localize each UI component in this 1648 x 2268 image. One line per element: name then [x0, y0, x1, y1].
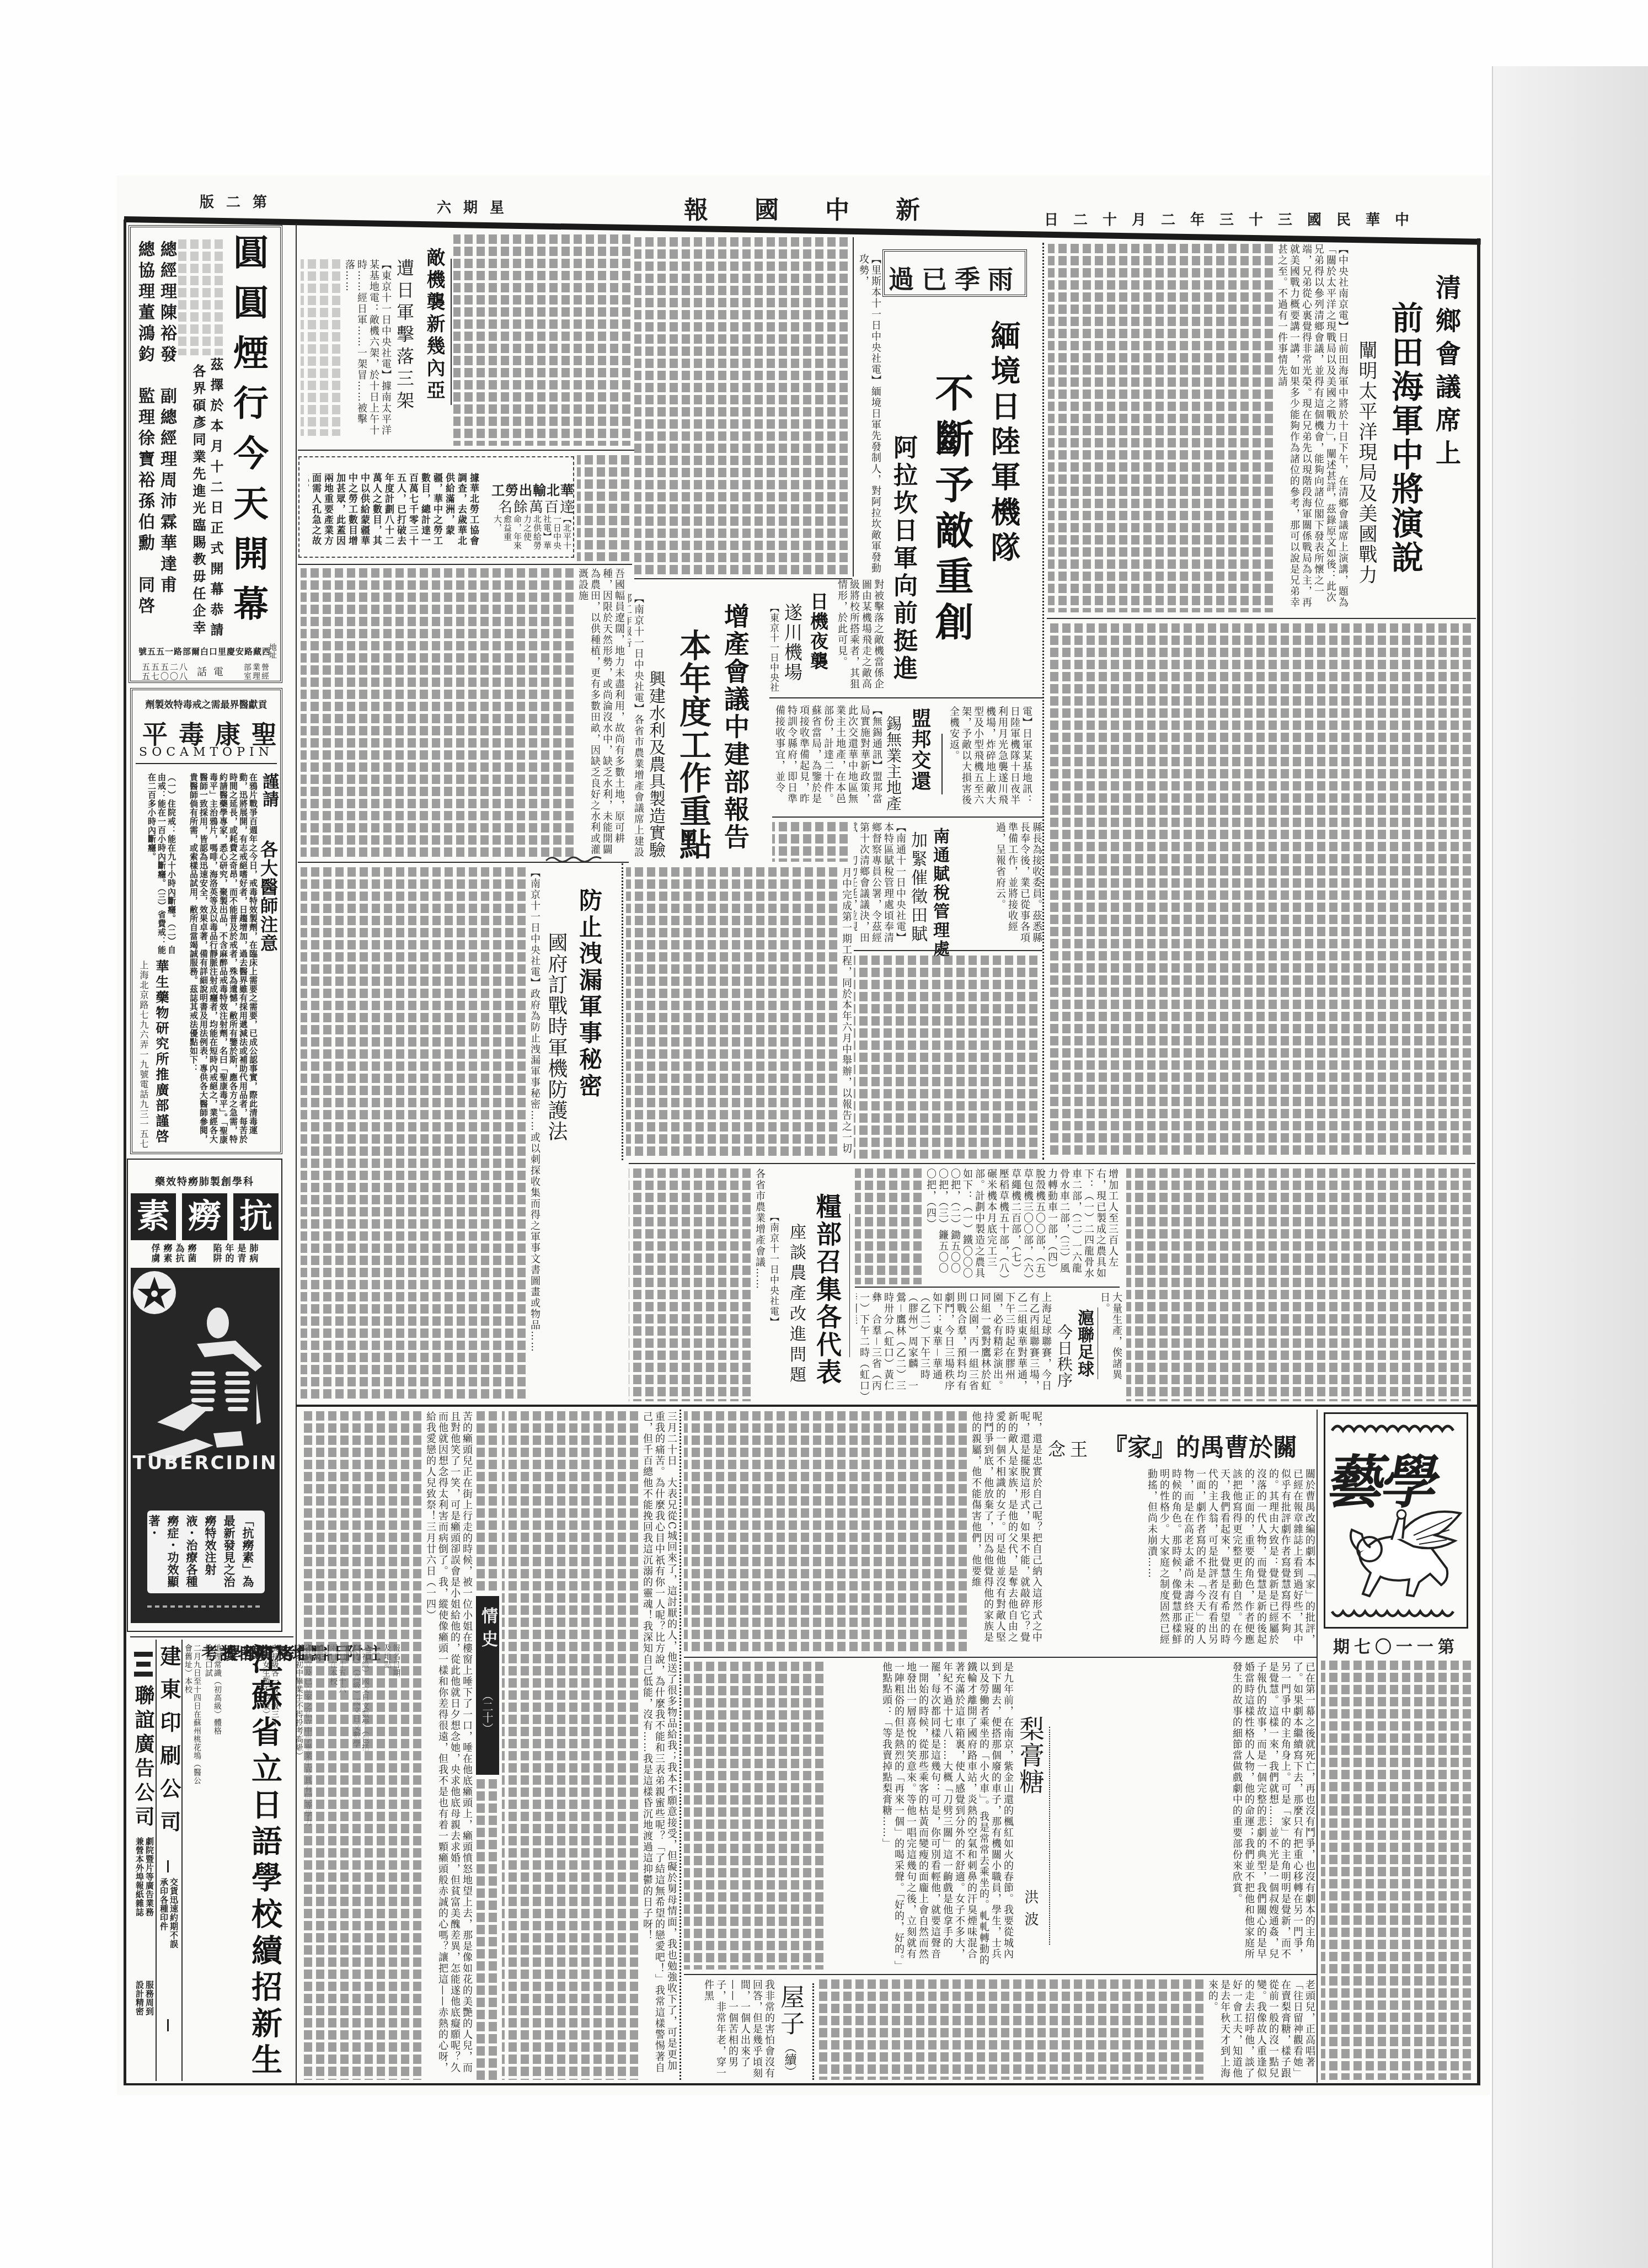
article-body: 【中央社南京電】日前田海軍中將於十日下午，在清鄉會議席上演講，題為「關於太平洋之…	[1048, 244, 1349, 612]
supplement-logo: 學藝	[1324, 1412, 1468, 1629]
printing-company-name: 建東印刷公司	[158, 1645, 179, 1844]
article-body-text: 【南通十一日中央社電】本特區賦稅管理處頃奉清鄉督察專員公署，令茲經第十次清鄉會議…	[854, 822, 906, 946]
essay-body-right	[1321, 1661, 1474, 2080]
article-headline: 增產會議中建部報告	[723, 603, 748, 851]
weekday: 星期六	[437, 196, 516, 217]
service-line-2: 劇院暨片等廣告業務	[145, 1837, 154, 1959]
decorative-squiggle	[545, 854, 602, 864]
story-body-continued	[684, 1662, 826, 1970]
article-kicker: 清鄉會議席上	[1434, 274, 1459, 473]
patient-xray-illustration	[131, 1301, 280, 1466]
essay-body-left: 呢，還是忠實於自己呢？把自己納入這形式之中呢，還是擺脫這形式，如果不能，就敲碎它…	[684, 1411, 1042, 1652]
article-headline: 盟邦交還	[910, 708, 930, 792]
column-divider	[1098, 1308, 1098, 1379]
ad-divider	[130, 1636, 293, 1637]
article-body: 據華北勞工協會調查，去歲華北供給滿洲，蒙疆，華中之勞工數目，總計達一百萬七千零三…	[308, 473, 479, 556]
article-subhead: 興建水利及農具製造實驗	[647, 670, 664, 858]
serial-body-left: 苦的癩頭兒正在街上行走的時候，被一位小姐在樓窗上唾下了一口，唾在他底癩頭上，癩頭…	[301, 1411, 473, 2080]
article-body-text: 電】日軍某基地訊：日陸軍機隊十日夜半利用月光急襲遂川飛機場，炸碎地上敵大型及小型…	[950, 706, 1032, 812]
illegible-text	[854, 956, 1037, 1159]
illegible-text	[855, 1168, 922, 1284]
dash	[167, 1860, 169, 1872]
article-body-text: 【東京十一日中央社電】據南太平洋某基地電：敵機六架，於十日上午十時……經日軍………	[343, 259, 392, 436]
serial-title: 情史	[479, 1607, 496, 1653]
column-divider	[1049, 1727, 1050, 1945]
supplement-name: 學藝	[1324, 1436, 1447, 1519]
article-body-continued	[772, 822, 850, 862]
continued-mark: （續）	[783, 2041, 795, 2078]
article-subhead: 阿拉坎日軍向前挺進	[891, 435, 915, 683]
article-headline: 敵機襲新幾內亞	[425, 248, 443, 402]
ad-notice: 茲擇於本月十二日正式開幕恭請	[209, 357, 222, 643]
illegible-text	[626, 867, 837, 1159]
advertising-company-logo	[134, 1651, 153, 1678]
motto-line-2: 服務周到	[145, 1981, 154, 2030]
ad-divider	[156, 1640, 157, 2081]
ad-footer-illegible	[147, 1605, 263, 1608]
column-divider	[679, 1410, 681, 2080]
article-body: 上海足球聯賽，今日有乙丙組聯賽三場，乙二組東華對華通，下午三時起在膠州園，必有精…	[856, 1292, 1052, 1401]
ad-phone-label: 電話	[197, 664, 230, 679]
column-divider	[941, 734, 943, 794]
article-body-continued	[854, 956, 1040, 1159]
illegible-text	[453, 234, 630, 446]
divider	[1047, 618, 1476, 619]
article-body-text: 【南京十一日中央社電】政府為防止洩漏軍事秘密……或以刺探收集而得之軍事文書圖畫或…	[528, 867, 541, 1401]
article-subhead: 座談農產改進問題	[788, 1223, 804, 1386]
newspaper-scan: 第二版 星期六 新中國報 中華民國三十三年二月十二日 圓圓煙行今天開幕 茲擇於本…	[0, 0, 1648, 2268]
serial-body-lower	[475, 1779, 500, 2080]
illegible-text	[301, 568, 574, 858]
essay-author: 王念	[1048, 1435, 1092, 1461]
article-body: 【南通十一日中央社電】本特區賦稅管理處頃奉清鄉督察專員公署，令茲經第十次清鄉會議…	[854, 822, 906, 946]
divider	[769, 697, 1042, 698]
article-body-text: 【南京十一日中央社電】各省市農業增產會議席上建設部工作報告	[628, 593, 644, 858]
article-headline: 日機夜襲	[809, 592, 827, 671]
article-body-text: 大量生產，俟諸異日。	[1100, 1292, 1122, 1401]
ad-methods-text: （一）住院戒：能在九十小時內斷癮。（二）自由戒：能在一百小時內斷癮。（三）省費戒…	[147, 773, 176, 955]
ad-staff-col-2: 總協理董鴻鈞 監理徐寶裕孫伯勳 同啓	[136, 241, 153, 618]
divider	[629, 1163, 1475, 1164]
banner-box: 雨季已過	[882, 249, 1027, 297]
article-body-continued	[453, 234, 633, 446]
article-headline: 糧部召集各代表	[815, 1193, 840, 1386]
article-body-continued	[1126, 1168, 1474, 1401]
motto-line-1: 設計精密	[135, 1981, 145, 2030]
article-subhead: 國府訂戰時軍機防護法	[546, 932, 566, 1142]
ad-yuanyuan-tobacco: 圓圓煙行今天開幕 茲擇於本月十二日正式開幕恭請 各界碩彥同業先進光臨賜教毋任企幸…	[129, 225, 282, 683]
story-body-text: 我非常的害怕會沒有回答，但是幾乎頃刻間，一個人出來了——一個苦相的男子，非常年老…	[702, 1979, 775, 2080]
illegible-text	[301, 867, 526, 1401]
column-divider	[1317, 1410, 1318, 2083]
article-body-text: 各省市農業增產會議……	[753, 1168, 766, 1401]
divider	[298, 564, 632, 565]
ad-heading-1: 謹請	[260, 773, 277, 808]
essay-title: 關於曹禺的『家』	[1103, 1428, 1297, 1463]
divider	[684, 1974, 1317, 1975]
column-divider	[849, 1214, 850, 1357]
tools-list-text: 增加工人至三百人左右，現已製成之農具如下：（一）二四龍骨水車二部，（二）一六龍骨…	[924, 1168, 1119, 1284]
ad-title: 圓圓煙行今天開幕	[230, 234, 265, 636]
ad-faint-notice	[177, 239, 226, 355]
illegible-text	[684, 1662, 823, 1970]
illegible-text	[475, 1779, 497, 2080]
article-body-end: 縣長為接收委員。茲悉縣長奉令後，業已從事各項準備工作，並將接收經過，呈報省府云。	[960, 822, 1042, 946]
ad-dept-2: 經理室	[244, 670, 270, 681]
illegible-text	[629, 1168, 751, 1401]
article-headline: 前田海軍中將演說	[1389, 301, 1421, 575]
article-body-text: 上海足球聯賽，今日有乙丙組聯賽三場，乙二組東華對華通，下午三時起在膠州園，必有精…	[856, 1292, 1052, 1401]
serial-part: （二十）	[481, 1690, 493, 1734]
article-subhead: 遭日軍擊落三架	[395, 259, 413, 413]
story-title: 屋子	[778, 1984, 802, 2037]
boxed-article: 華北輸出勞工 達百萬餘名 【北平十一日中央社電】華北供給勞力之使命，年來愈益重大…	[298, 456, 574, 558]
cloud-border-top-icon	[1330, 1419, 1462, 1436]
column-divider	[622, 863, 623, 1160]
article-body: 【里斯本十一日中央社電】緬境日軍先發制人，對阿拉坎敵軍發動攻勢，	[855, 254, 881, 574]
article-body-text: 據華北勞工協會調查，去歲華北供給滿洲，蒙疆，華中之勞工數目，總計達一百萬七千零三…	[308, 473, 479, 556]
tools-list: 增加工人至三百人左右，現已製成之農具如下：（一）二四龍骨水車二部，（二）一六龍骨…	[855, 1168, 1119, 1284]
article-body-end: 對被擊落之敵機當係企圖由某機場飛走之敵高級將校所搭乘者，其狙情形，於此可見。	[832, 579, 884, 692]
article-body-text: 月中完成第一期工程，同於本年六月中舉辦，以報告之一切	[840, 867, 852, 1159]
registration-text: 二月九日至十四日在蘇州桃花塢（醫公會舊址）本校	[184, 1644, 201, 1787]
article-headline: 南通賦稅管理處	[931, 828, 948, 959]
ad-latin-name: SOCAMTOPIN	[132, 745, 280, 759]
ad-signature: 華生藥物研究所推廣部謹啓	[154, 959, 168, 1145]
article-headline: 本年度工作重點	[677, 629, 709, 861]
ad-socamtopin: 貢獻醫界最需之戒毒特效製劑 聖康毒平 SOCAMTOPIN 謹請 各大醫師注意 …	[130, 688, 282, 1154]
serial-body-text: 三月二十日 大表兄從C城回來了，這討厭的人，他送了很多物品給我；我本不願意接受，…	[641, 1411, 677, 2080]
article-subhead: 今日秩序	[1056, 1324, 1072, 1388]
article-body-end: 大量生產，俟諸異日。	[1100, 1292, 1122, 1401]
serial-body: 三月二十日 大表兄從C城回來了，這討厭的人，他送了很多物品給我；我本不願意接受，…	[502, 1411, 677, 2080]
article-body: 電】日軍某基地訊：日陸軍機隊十日夜半利用月光急襲遂川飛機場，炸碎地上敵大型及小型…	[950, 706, 1032, 812]
article-body: 吾國幅員遼闊，地力未盡利用，故尚有多數土地，原可耕種，因限於天然形勢，或尚淪沒水…	[301, 568, 625, 858]
ad-divider	[181, 1640, 183, 2081]
section-divider	[297, 1405, 1478, 1407]
story-author: 洪波	[1023, 1890, 1037, 1934]
column-divider	[1042, 243, 1044, 1160]
illegible-text	[1048, 623, 1471, 1156]
article-body-text: 吾國幅員遼闊，地力未盡利用，故尚有多數土地，原可耕種，因限於天然形勢，或尚淪沒水…	[576, 568, 625, 858]
ad-illustration-panel: TUBERCIDIN 「抗癆素」為最新發見之治癆特效注射液・治療各種癆症・功效顯…	[131, 1268, 280, 1623]
article-subhead: 錫無業主地產	[885, 716, 901, 812]
ad-slogan-1: 肺病是青年的陷阱	[211, 1244, 259, 1264]
title-char-box: 抗	[233, 1193, 279, 1240]
article-lead: 【北平十一日中央社電】華北供給勞力之使命，年來愈益重大，	[481, 515, 572, 554]
illegible-text	[1126, 1168, 1471, 1401]
ad-methods: （一）住院戒：能在九十小時內斷癮。（二）自由戒：能在一百小時內斷癮。（三）省費戒…	[137, 773, 176, 955]
article-headline: 緬境日陸軍機隊	[989, 320, 1019, 567]
essay-body-text: 關於曹禺改編的劇本「家」的批評，已經在報章雜誌上看到過好些，其中似乎有批評劇作者…	[1146, 1469, 1315, 1652]
title-char-box: 素	[131, 1193, 176, 1240]
ad-slogan-2: 癆菌為抗癆素俘虜	[149, 1244, 197, 1264]
illegible-text	[177, 239, 223, 355]
illegible-text	[816, 1979, 1203, 2080]
ad-tagline: 貢獻醫界最需之戒毒特效製劑	[132, 697, 280, 711]
paper-name: 新中國報	[684, 190, 966, 226]
illegible-text	[684, 1411, 967, 1652]
article-dateline: 【南京十一日中央社電】	[768, 1212, 778, 1327]
supplement-issue-number: 第一一〇七期	[1326, 1633, 1466, 1657]
article-body: 【無錫通訊】盟邦當局實施對華新政策，此次交還華中地區無業主土地產，在本邑部份，計…	[772, 705, 882, 813]
article-body-text: 縣長為接收委員。茲悉縣長奉令後，業已從事各項準備工作，並將接收經過，呈報省府云。	[994, 822, 1042, 946]
story-body-end: 老頭兒，正高唱著「往日留神觀看她」在賣梨膏糖，樣子跟從前一般的沒一點兒變。我像故…	[816, 1979, 1315, 2080]
story-body-text: 老頭兒，正高唱著「往日留神觀看她」在賣梨膏糖，樣子跟從前一般的沒一點兒變。我像故…	[1206, 1979, 1315, 2080]
ad-staff-col-1: 總經理陳裕發 副總經理周沛霖華達甫	[158, 241, 175, 597]
divider	[684, 1657, 1317, 1658]
service-line-1: 兼營本外埠報紙雜誌	[135, 1837, 145, 1959]
advertising-company-services: 兼營本外埠報紙雜誌劇院暨片等廣告業務	[135, 1837, 154, 1970]
promise-text: 交貨迅速約期不誤	[169, 1878, 179, 2010]
essay-body: 關於曹禺改編的劇本「家」的批評，已經在報章雜誌上看到過好些，其中似乎有批評劇作者…	[1048, 1469, 1315, 1652]
story-body-text: 是九年前，在南京，紫金山還的楓紅如火的春節。我要從城內到下關去，便搭那個廢的車子…	[880, 1662, 1014, 1970]
article-body-continued	[1048, 623, 1474, 1156]
ad-description-box: 「抗癆素」為最新發見之治癆特效注射液・治療各種癆症・功效顯著・	[147, 1511, 265, 1593]
column-divider	[451, 259, 452, 405]
article-subhead: 達百萬餘名	[498, 496, 575, 516]
ad-latin-name: TUBERCIDIN	[131, 1452, 280, 1474]
ad-description: 「抗癆素」為最新發見之治癆特效注射液・治療各種癆症・功效顯著・	[145, 1515, 257, 1590]
divider	[772, 817, 1042, 818]
dash	[167, 2019, 169, 2031]
ad-tagline: 科學創製肺癆特效藥	[128, 1174, 281, 1188]
column-divider	[853, 237, 854, 577]
pegasus-rider-illustration	[1336, 1508, 1463, 1602]
article-subhead: 加緊催徵田賦	[909, 831, 925, 944]
article-body: 各省市農業增產會議……	[629, 1168, 766, 1401]
essay-body-continued: 已在第一幕之後就死亡，再也沒有鬥爭，也沒有劇本的主角了。如果劇本繼續寫下去，那麼…	[1053, 1662, 1315, 1970]
cloud-border-bottom-icon	[1330, 1606, 1462, 1623]
ad-body: 在鴉片戰爭百週年之今日，戒毒特效製劑，在臨床上需要之需要，已成公認事實，際此清毒…	[178, 773, 258, 1145]
article-body-continued	[634, 237, 850, 575]
advertising-company-motto: 設計精密服務周到	[135, 1981, 154, 2036]
illegible-text	[1321, 1661, 1471, 2080]
divider	[136, 763, 277, 764]
article-headline: 防止洩漏軍事秘密	[577, 888, 601, 1100]
illegible-text	[772, 822, 848, 862]
article-dateline: 【東京十一日中央社	[768, 603, 778, 692]
article-body-text: 【中央社南京電】日前田海軍中將於十日下午，在清鄉會議席上演講，題為「關於太平洋之…	[1276, 244, 1349, 612]
article-body-text: 對被擊落之敵機當係企圖由某機場飛走之敵高級將校所搭乘者，其狙情形，於此可見。	[836, 579, 884, 692]
illegible-text	[301, 259, 340, 436]
ad-phone-2: 八〇〇七五	[142, 670, 189, 682]
title-char-box: 癆	[182, 1193, 227, 1240]
illegible-text	[475, 1411, 497, 1592]
illegible-text	[301, 1411, 421, 2080]
adjacent-page-edge	[1492, 66, 1648, 2268]
article-body-text: 【無錫通訊】盟邦當局實施對華新政策，此次交還華中地區無業主土地產，在本邑部份，計…	[773, 705, 882, 813]
illegible-text	[1048, 244, 1273, 612]
issue-date: 中華民國三十三年二月十二日	[1044, 209, 1424, 229]
page-border-left	[124, 220, 126, 2084]
ad-address: 上海北京路七九六弄一九號電話九三一五七	[139, 960, 148, 1149]
serial-title-box: 情史 （二十）	[476, 1596, 499, 1775]
ad-tubercidin: 科學創製肺癆特效藥 抗 癆 素 肺病是青年的陷阱 癆菌為抗癆素俘虜 TUBE	[127, 1159, 282, 1632]
illegible-text	[634, 237, 848, 575]
printing-company-services: 承印各種印件交貨迅速約期不誤	[159, 1878, 179, 2010]
divider	[298, 450, 634, 451]
ad-address: 西藏路安慶里口白爾部路一五五號	[138, 645, 271, 657]
ad-body-text: 在鴉片戰爭百週年之今日，戒毒特效製劑，在臨床上需要之需要，已成公認事實，際此清毒…	[189, 773, 258, 1145]
serial-body-text: 苦的癩頭兒正在街上行走的時候，被一位小姐在樓窗上唾下了一口，唾在他底癩頭上，癩頭…	[424, 1411, 473, 2080]
service-text: 承印各種印件	[159, 1878, 169, 2010]
essay-body-text: 呢，還是忠實於自己呢？把自己納入這形式之中呢，還是擺脫這形式，如果不能，就敲碎它…	[970, 1411, 1042, 1652]
page-number: 第二版	[200, 191, 279, 211]
article-body-continued	[577, 455, 632, 561]
article-subhead: 遂川機場	[783, 603, 801, 682]
article-lead: 【南京十一日中央社電】各省市農業增產會議席上建設部工作報告	[628, 593, 644, 858]
banner-text: 雨季已過	[885, 259, 1025, 296]
story-title: 梨膏糖	[1018, 1716, 1043, 1795]
divider	[854, 950, 1042, 951]
page-border-right	[1477, 238, 1480, 2084]
divider	[855, 1287, 1120, 1288]
advertising-company-name: 聯誼廣告公司	[133, 1685, 153, 1831]
story-body: 是九年前，在南京，紫金山還的楓紅如火的春節。我要從城內到下關去，便搭那個廢的車子…	[830, 1662, 1014, 1970]
article-body-text: 【里斯本十一日中央社電】緬境日軍先發制人，對阿拉坎敵軍發動攻勢，	[857, 254, 881, 574]
story-body: 我非常的害怕會沒有回答，但是幾乎頃刻間，一個人出來了——一個苦相的男子，非常年老…	[684, 1979, 775, 2080]
illegible-text	[577, 455, 629, 561]
article-subhead: 闡明太平洋現局及美國戰力	[1357, 340, 1376, 585]
article-body: 【東京十一日中央社電】據南太平洋某基地電：敵機六架，於十日上午十時……經日軍………	[301, 259, 392, 436]
article-body-continued: 月中完成第一期工程，同於本年六月中舉辦，以報告之一切	[626, 867, 852, 1159]
article-headline: 滬聯足球	[1076, 1309, 1092, 1378]
article-headline: 不斷予敵重創	[932, 373, 971, 648]
ad-invite: 各界碩彥同業先進光臨賜教毋任企幸	[191, 364, 205, 638]
column-divider	[812, 1983, 814, 2080]
essay-body-text: 已在第一幕之後就死亡，再也沒有鬥爭，也沒有劇本的主角了。如果劇本繼續寫下去，那麼…	[1230, 1662, 1315, 1970]
page-border-bottom	[124, 2083, 1480, 2085]
divider	[634, 578, 852, 579]
serial-body-upper	[475, 1411, 500, 1592]
article-body-text: 【北平十一日中央社電】華北供給勞力之使命，年來愈益重大，	[493, 515, 572, 554]
article-body: 【南京十一日中央社電】政府為防止洩漏軍事秘密……或以刺探收集而得之軍事文書圖畫或…	[301, 867, 541, 1401]
illegible-text	[502, 1411, 638, 2080]
ad-heading-2: 各大醫師注意	[259, 840, 277, 953]
